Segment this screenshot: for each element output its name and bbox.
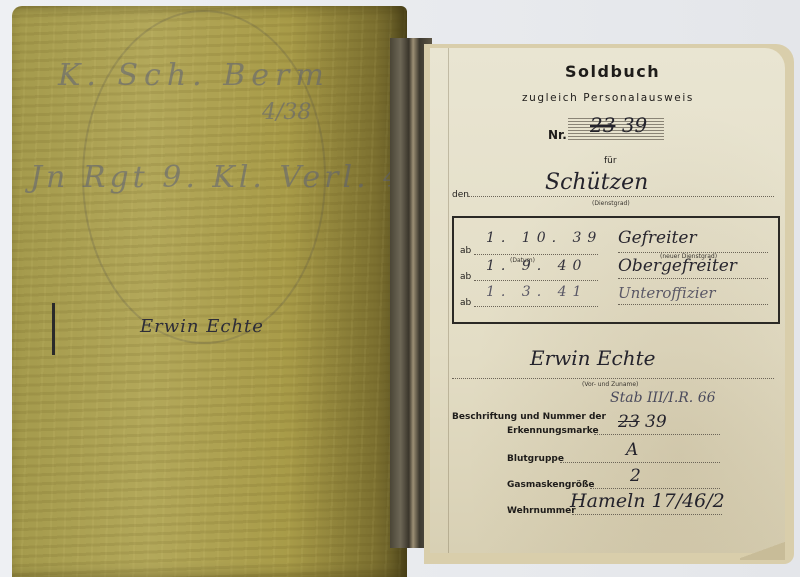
name-caption: (Vor- und Zuname) — [582, 381, 638, 388]
name-value: Erwin Echte — [530, 346, 655, 370]
id-tag-struck: 23 — [618, 412, 640, 432]
promotion-2-prefix: ab — [460, 272, 471, 282]
worn-page-corner — [740, 540, 785, 560]
gasmask-size-value: 2 — [630, 466, 641, 486]
promotion-3-rank: Unteroffizier — [618, 284, 716, 302]
promotion-3-prefix: ab — [460, 298, 471, 308]
promotion-3-date: 1. 3. 41 — [486, 284, 587, 300]
rank-dotted-line — [468, 196, 774, 197]
id-tag-label-2: Erkennungsmarke — [507, 426, 599, 436]
id-tag-label-1: Beschriftung und Nummer der — [452, 412, 606, 422]
den-label: den — [452, 190, 469, 200]
cover-pencil-line-3: Jn Rgt 9. Kl. Verl. 49 — [30, 160, 429, 195]
nr-number: 39 — [622, 113, 647, 137]
promotion-1-prefix: ab — [460, 246, 471, 256]
gasmask-size-label: Gasmaskengröße — [507, 480, 595, 490]
promotion-2-date: 1. 9. 40 — [486, 258, 587, 274]
promotion-3-rank-line — [618, 304, 768, 305]
fuer-label: für — [604, 156, 617, 166]
cover-signature: Erwin Echte — [140, 316, 264, 337]
page-margin-line — [448, 48, 449, 553]
unit-annotation: Stab III/I.R. 66 — [610, 390, 716, 406]
id-tag-dotted-line — [594, 434, 720, 435]
wehrnummer-label: Wehrnummer — [507, 506, 576, 516]
nr-label: Nr. — [548, 128, 567, 142]
promotion-1-rank: Gefreiter — [618, 228, 697, 248]
name-dotted-line — [452, 378, 774, 379]
promotion-2-date-line — [474, 280, 598, 281]
cover-pencil-line-2: 4/38 — [262, 100, 311, 125]
rank-value: Schützen — [545, 170, 648, 195]
document-title: Soldbuch — [565, 62, 660, 81]
rank-caption: (Dienstgrad) — [592, 200, 630, 207]
cover-pencil-line-1: K. Sch. Berm — [58, 58, 330, 93]
promotion-1-date-line — [474, 254, 598, 255]
nr-struck: 23 — [590, 113, 615, 137]
nr-value: 23 39 — [590, 113, 647, 137]
promotion-3-date-line — [474, 306, 598, 307]
blood-group-value: A — [626, 440, 638, 460]
document-subtitle: zugleich Personalausweis — [522, 92, 694, 104]
id-tag-value: 23 39 — [618, 412, 667, 432]
promotion-2-rank: Obergefreiter — [618, 256, 737, 276]
gasmask-dotted-line — [590, 488, 720, 489]
promotion-2-rank-line — [618, 278, 768, 279]
wehrnummer-value: Hameln 17/46/2 — [570, 490, 725, 512]
wehrnummer-dotted-line — [572, 514, 722, 515]
promotion-1-date: 1. 10. 39 — [486, 230, 602, 246]
id-tag-number: 39 — [645, 412, 667, 432]
binding-stitch — [52, 303, 55, 355]
blood-group-label: Blutgruppe — [507, 454, 564, 464]
blood-group-dotted-line — [560, 462, 720, 463]
